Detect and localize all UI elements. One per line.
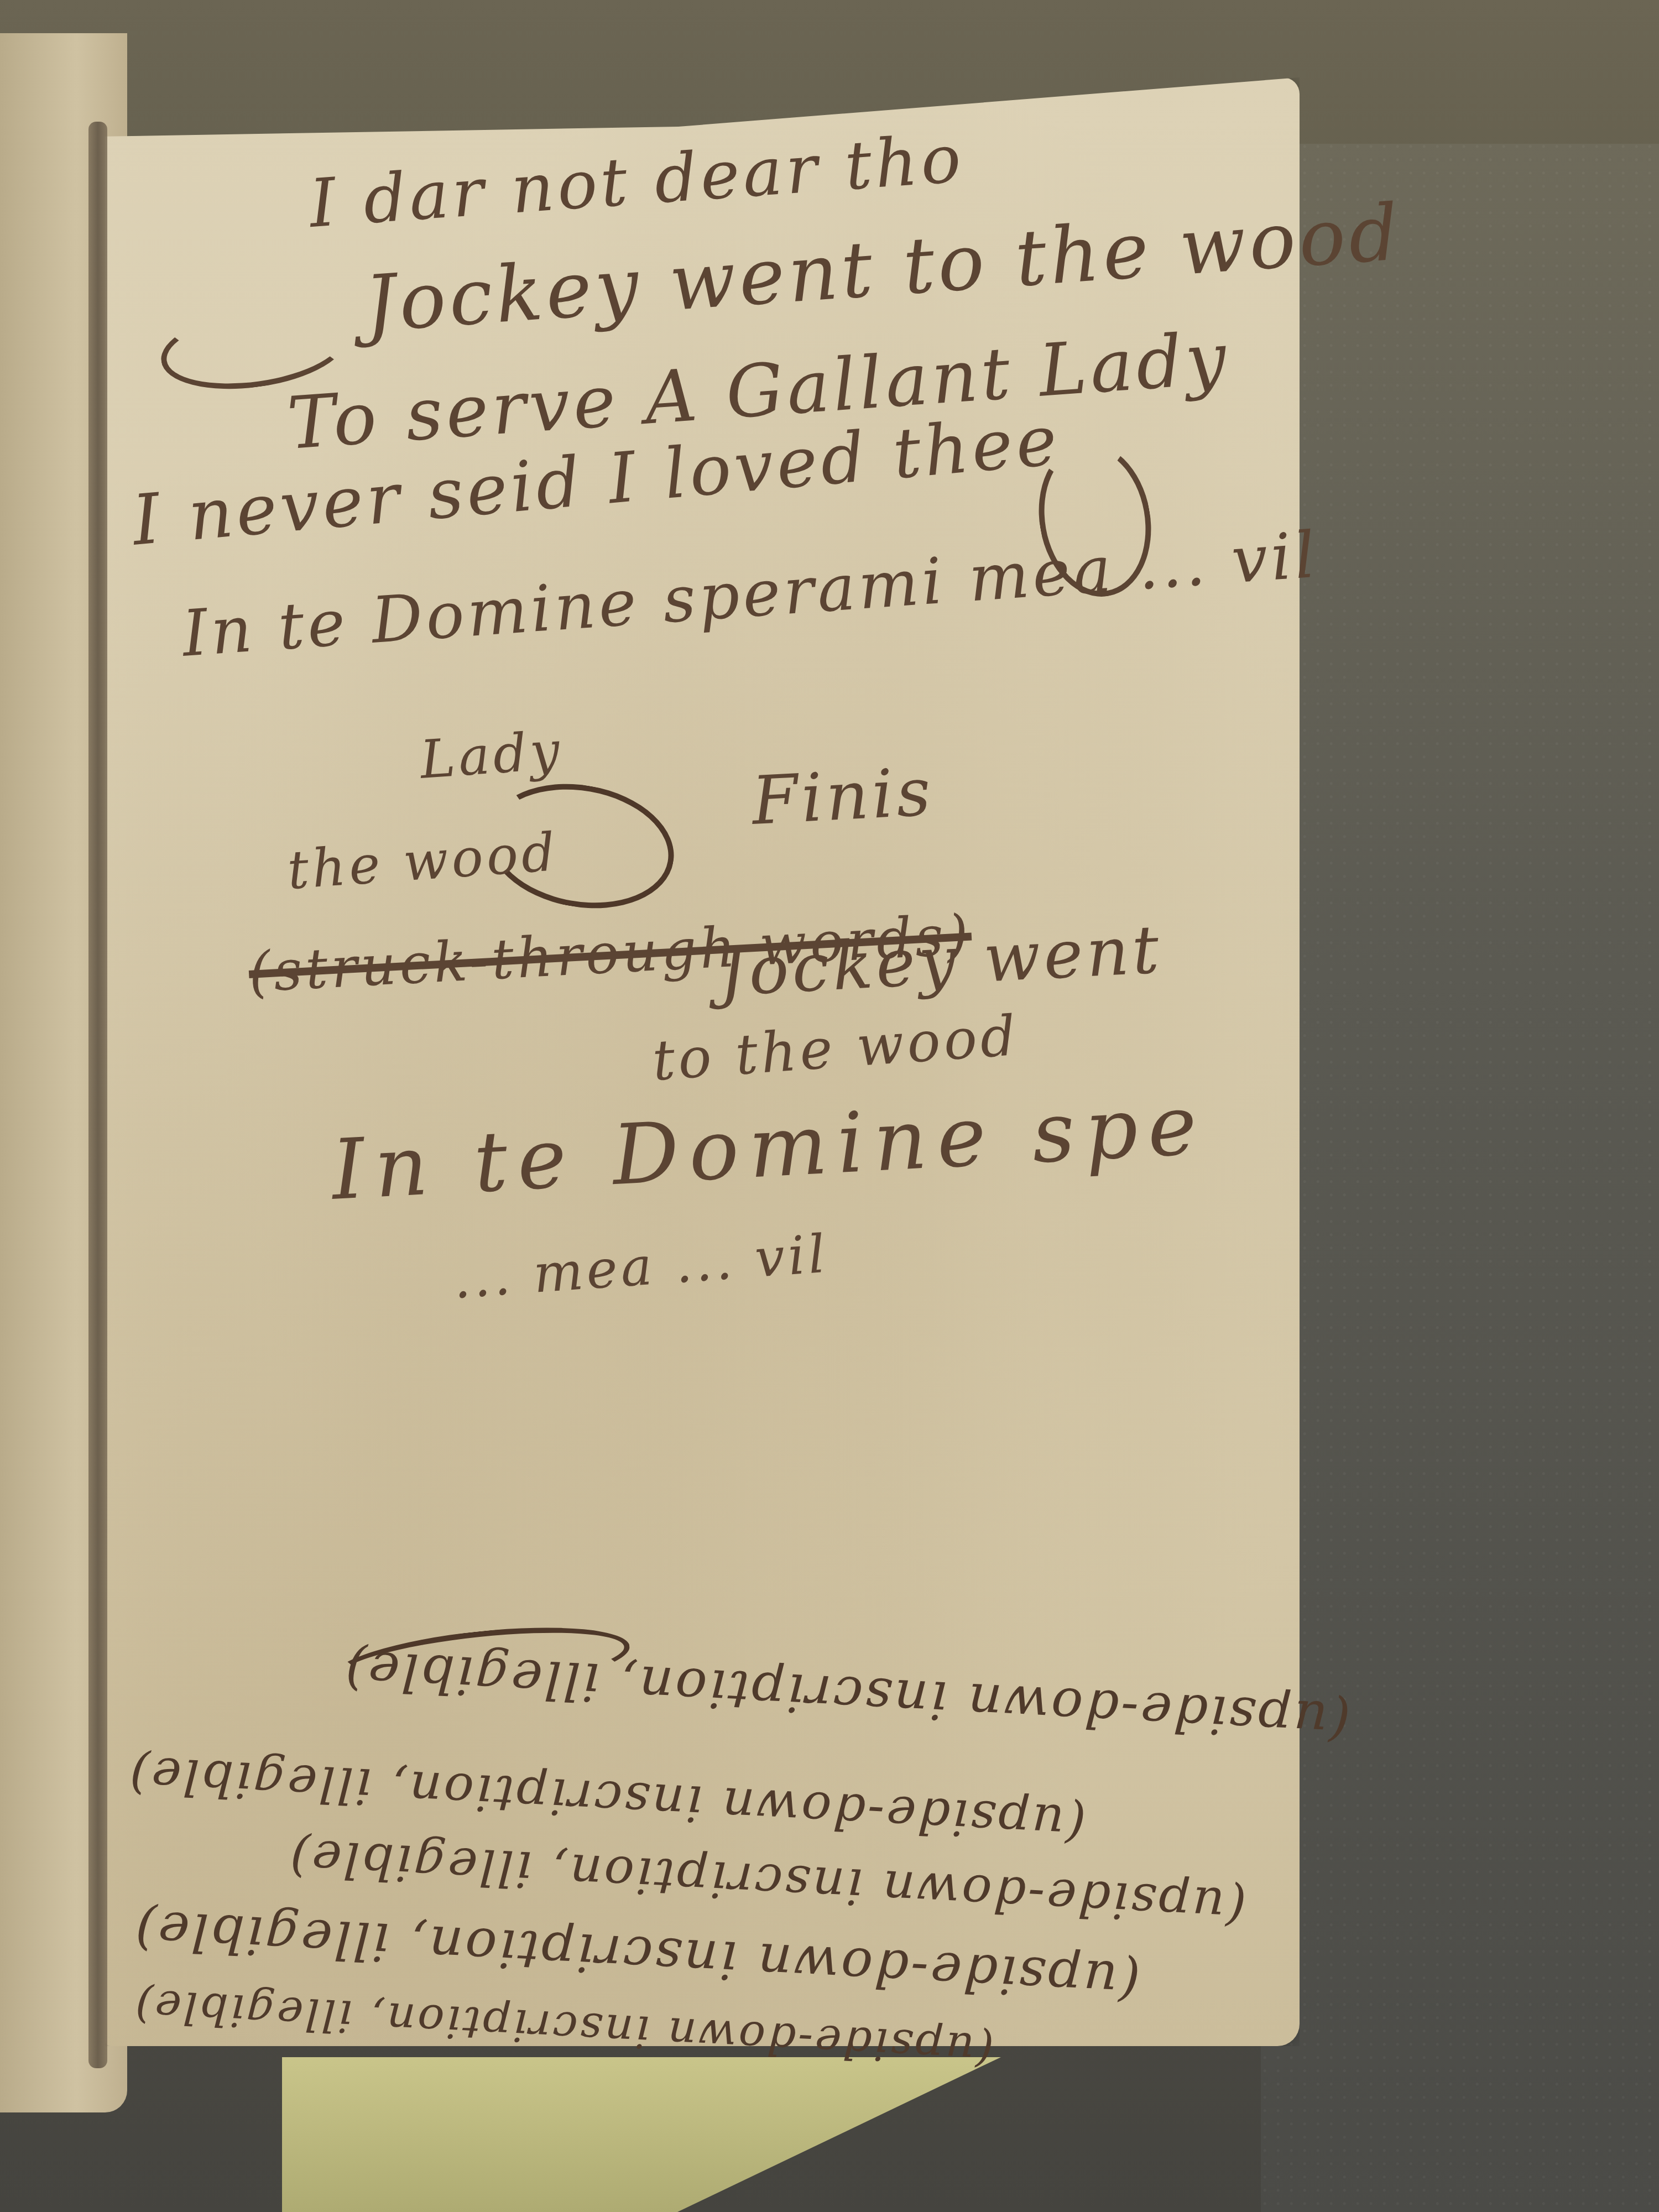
book-spine bbox=[88, 122, 107, 2068]
foam-support bbox=[1261, 144, 1659, 2212]
manuscript-line-finis: Finis bbox=[750, 754, 936, 840]
manuscript-line: Lady bbox=[418, 720, 565, 791]
